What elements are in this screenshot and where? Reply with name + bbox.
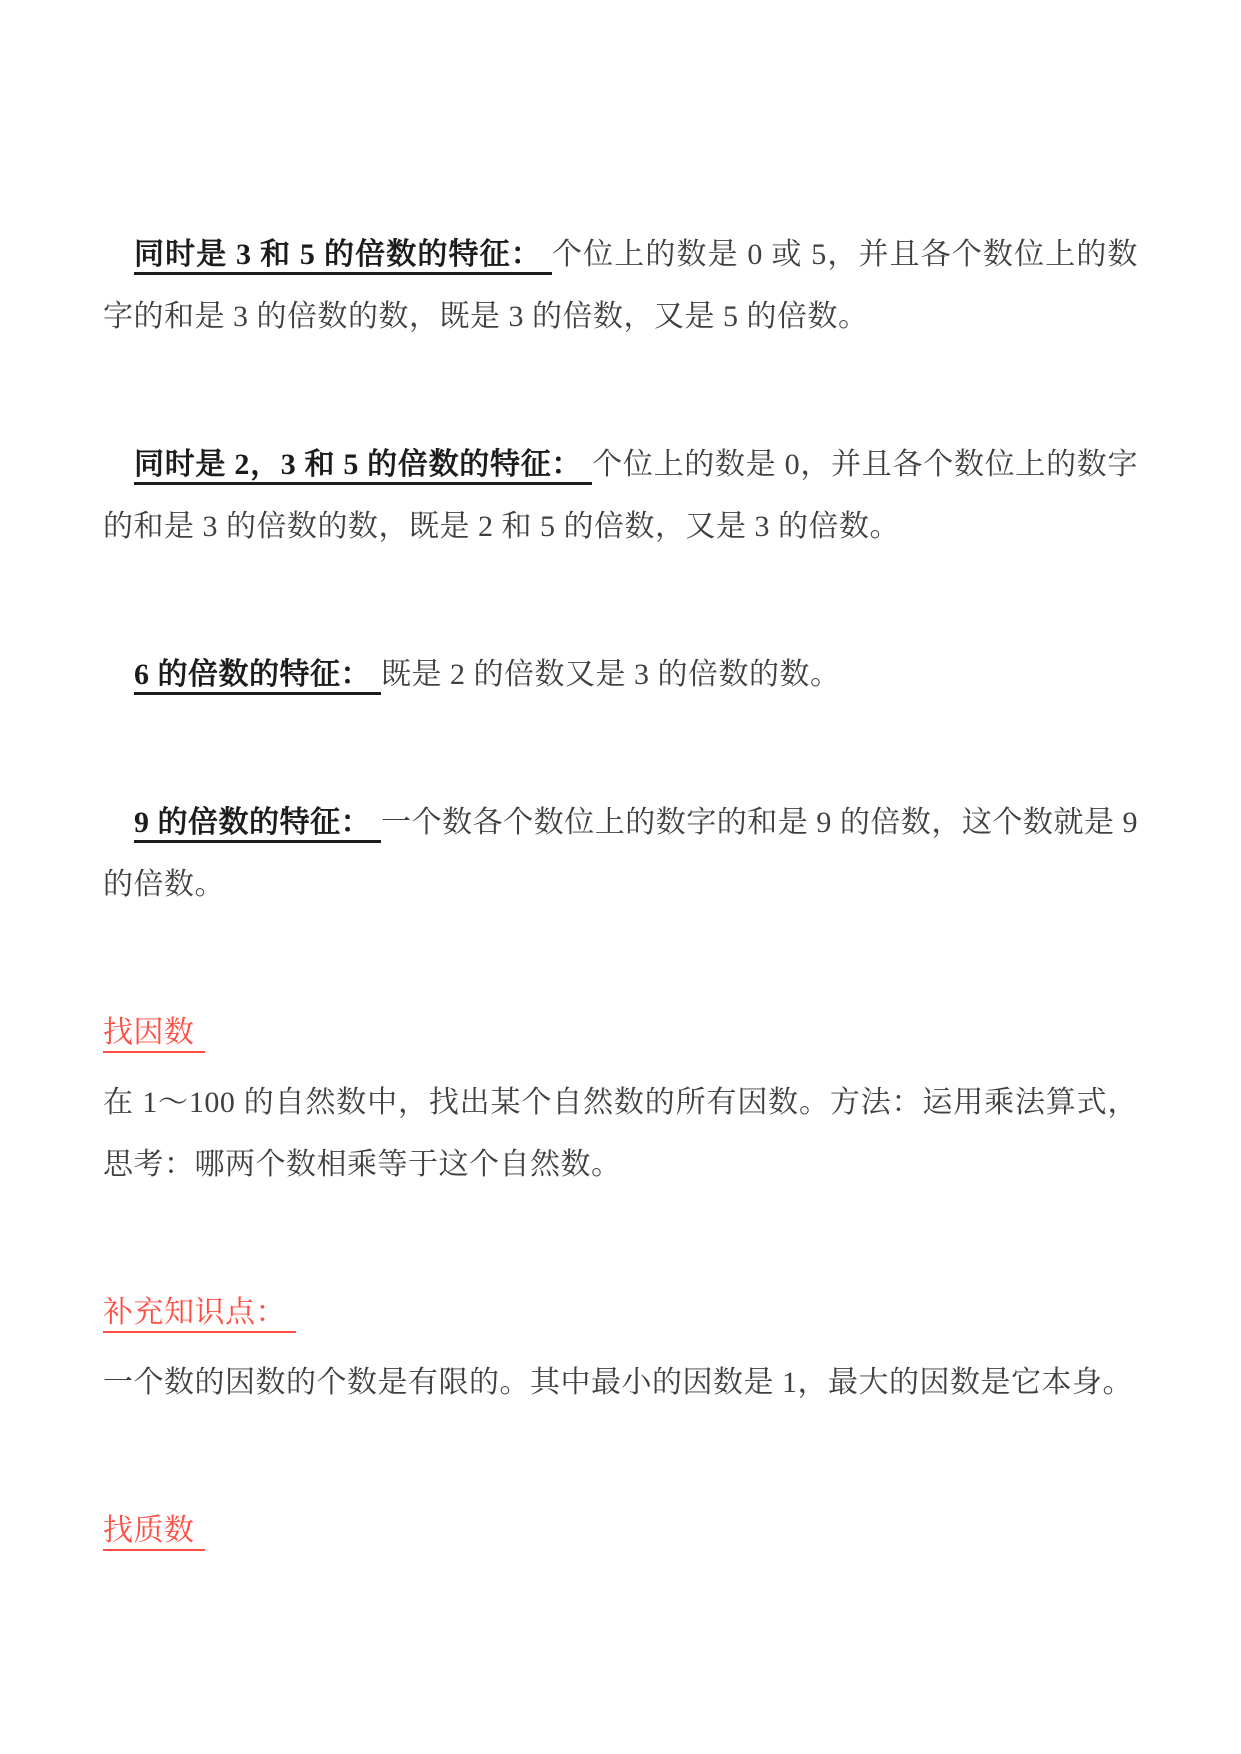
- note-lead: 同时是 3 和 5 的倍数的特征：: [134, 238, 552, 275]
- section-heading-supplementary-points: 补充知识点：: [103, 1282, 1138, 1344]
- section-heading-find-factors: 找因数: [103, 1002, 1138, 1064]
- note-paragraph-multiples-of-9: 9 的倍数的特征：一个数各个数位上的数字的和是 9 的倍数，这个数就是 9 的倍…: [103, 792, 1138, 916]
- note-paragraph-multiples-of-6: 6 的倍数的特征：既是 2 的倍数又是 3 的倍数的数。: [103, 644, 1138, 706]
- note-lead: 同时是 2，3 和 5 的倍数的特征：: [134, 448, 592, 485]
- section-heading-text: 找因数: [103, 1016, 205, 1053]
- document-page: 同时是 3 和 5 的倍数的特征：个位上的数是 0 或 5，并且各个数位上的数字…: [0, 0, 1241, 1754]
- note-paragraph-multiples-of-2-3-and-5: 同时是 2，3 和 5 的倍数的特征：个位上的数是 0，并且各个数位上的数字的和…: [103, 434, 1138, 558]
- section-heading-text: 补充知识点：: [103, 1296, 296, 1333]
- section-heading-find-primes: 找质数: [103, 1500, 1138, 1562]
- body-paragraph-find-factors: 在 1～100 的自然数中，找出某个自然数的所有因数。方法：运用乘法算式，思考：…: [103, 1072, 1138, 1196]
- note-lead: 6 的倍数的特征：: [134, 658, 381, 695]
- section-heading-text: 找质数: [103, 1514, 205, 1551]
- body-text: 一个数的因数的个数是有限的。其中最小的因数是 1，最大的因数是它本身。: [103, 1366, 1133, 1399]
- body-paragraph-supplementary-points: 一个数的因数的个数是有限的。其中最小的因数是 1，最大的因数是它本身。: [103, 1352, 1138, 1414]
- note-lead: 9 的倍数的特征：: [134, 806, 381, 843]
- body-text: 在 1～100 的自然数中，找出某个自然数的所有因数。方法：运用乘法算式，思考：…: [103, 1086, 1138, 1181]
- note-paragraph-multiples-of-3-and-5: 同时是 3 和 5 的倍数的特征：个位上的数是 0 或 5，并且各个数位上的数字…: [103, 224, 1138, 348]
- note-text: 既是 2 的倍数又是 3 的倍数的数。: [381, 658, 841, 691]
